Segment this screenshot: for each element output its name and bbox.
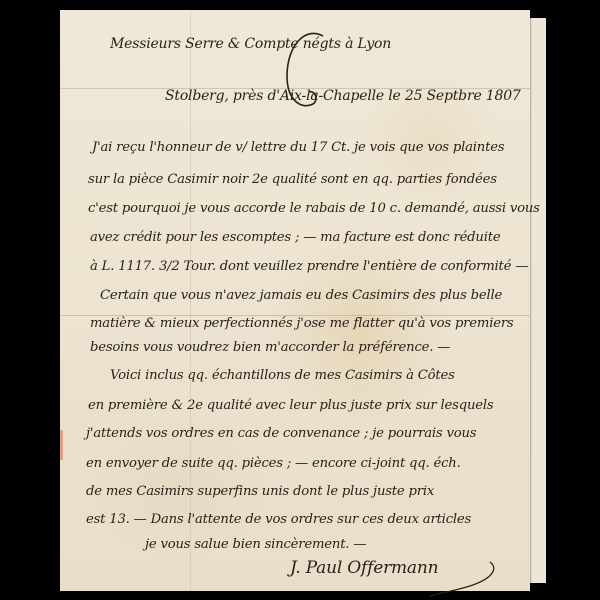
body-line: Voici inclus qq. échantillons de mes Cas… (110, 368, 455, 383)
closing-line: je vous salue bien sincèrement. — (145, 537, 366, 552)
body-line: J'ai reçu l'honneur de v/ lettre du 17 C… (92, 140, 504, 155)
signature-flourish (390, 558, 510, 598)
letter-page: Messieurs Serre & Compte négts à Lyon St… (60, 10, 530, 591)
body-line: à L. 1117. 3/2 Tour. dont veuillez prend… (90, 259, 528, 274)
body-line: Certain que vous n'avez jamais eu des Ca… (100, 288, 502, 303)
body-line: j'attends vos ordres en cas de convenanc… (86, 426, 476, 441)
body-line: besoins vous voudrez bien m'accorder la … (90, 340, 450, 355)
red-edge-mark (60, 430, 63, 460)
body-line: de mes Casimirs superfins unis dont le p… (86, 484, 434, 499)
body-line: est 13. — Dans l'attente de vos ordres s… (86, 512, 471, 527)
body-line: sur la pièce Casimir noir 2e qualité son… (88, 172, 497, 187)
body-line: en envoyer de suite qq. pièces ; — encor… (86, 456, 461, 471)
addressee-line: Messieurs Serre & Compte négts à Lyon (110, 36, 391, 52)
body-line: c'est pourquoi je vous accorde le rabais… (88, 201, 540, 216)
body-line: avez crédit pour les escomptes ; — ma fa… (90, 230, 500, 245)
capital-c-flourish (275, 28, 335, 123)
dateline: Stolberg, près d'Aix-la-Chapelle le 25 S… (165, 88, 521, 104)
body-line: en première & 2e qualité avec leur plus … (88, 398, 493, 413)
body-line: matière & mieux perfectionnés j'ose me f… (90, 316, 514, 331)
